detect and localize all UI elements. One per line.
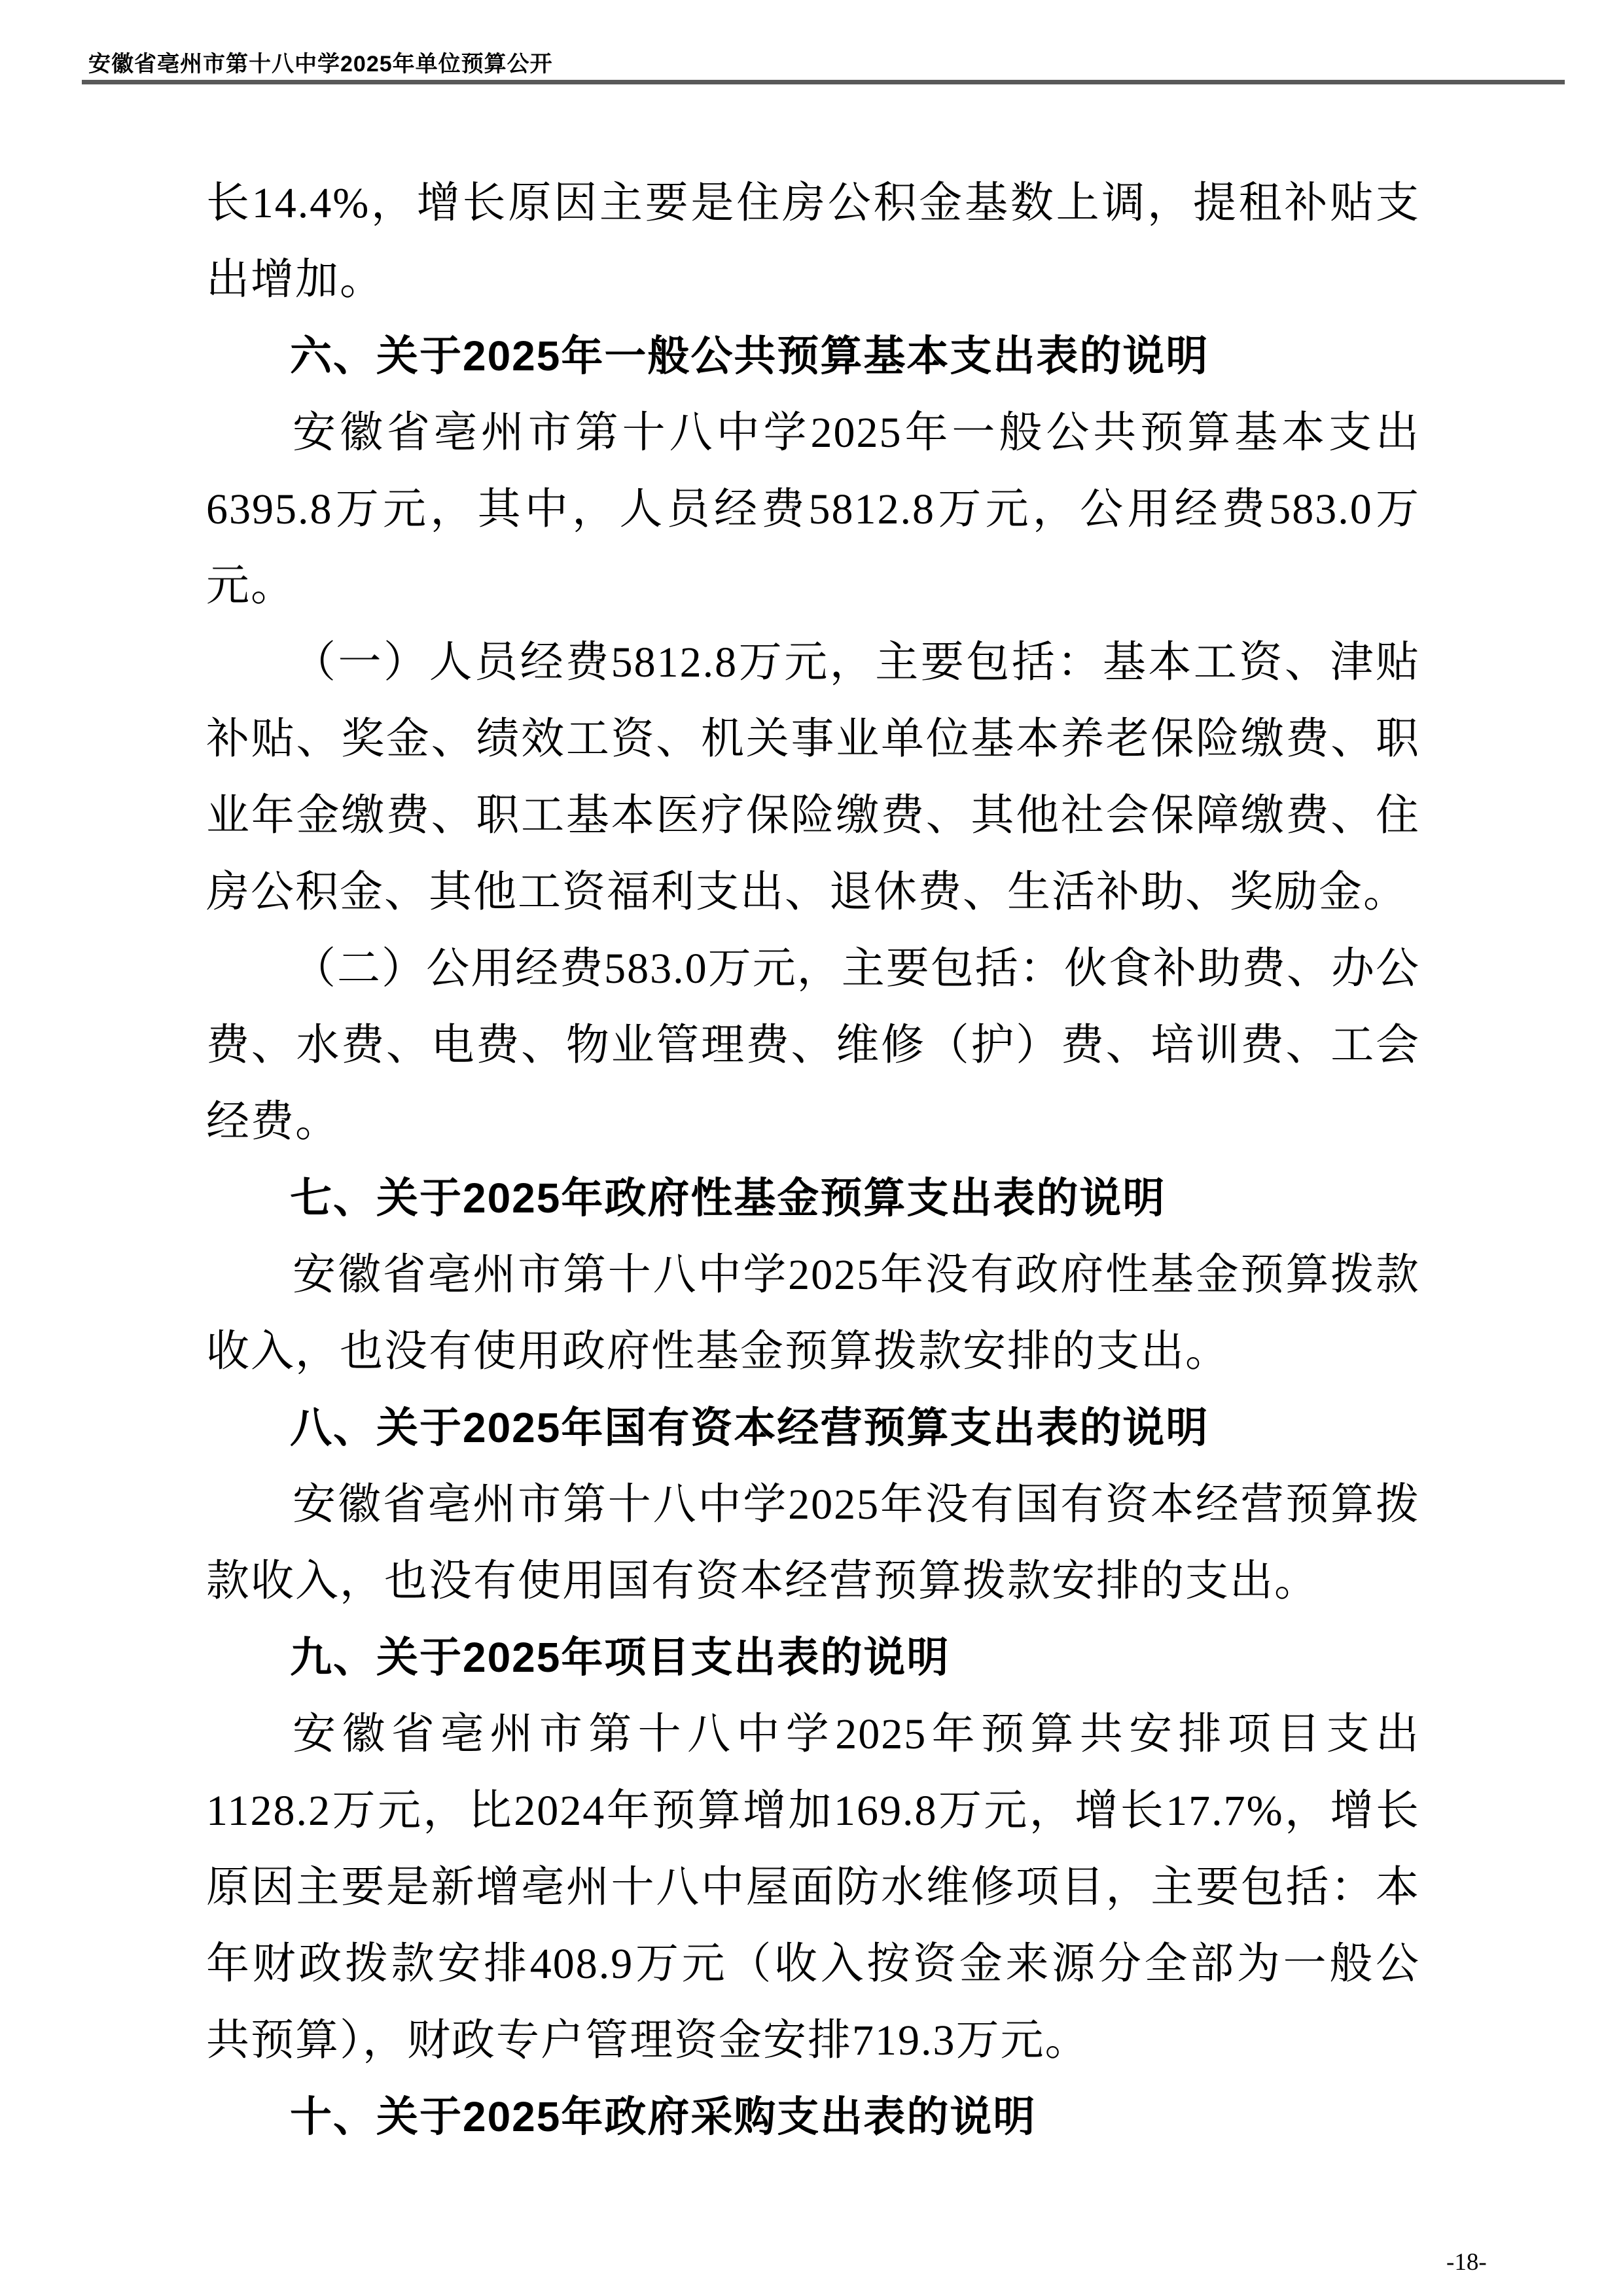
- section-heading: 九、关于2025年项目支出表的说明: [206, 1619, 1420, 1696]
- section-heading: 六、关于2025年一般公共预算基本支出表的说明: [206, 318, 1420, 395]
- body-paragraph: 长14.4%，增长原因主要是住房公积金基数上调，提租补贴支出增加。: [206, 165, 1420, 318]
- body-paragraph: （一）人员经费5812.8万元，主要包括：基本工资、津贴补贴、奖金、绩效工资、机…: [206, 624, 1420, 930]
- header-rule: [82, 80, 1565, 84]
- page-number: -18-: [1446, 2248, 1487, 2276]
- section-heading: 八、关于2025年国有资本经营预算支出表的说明: [206, 1390, 1420, 1466]
- page-header-title: 安徽省亳州市第十八中学2025年单位预算公开: [88, 46, 553, 78]
- body-paragraph: 安徽省亳州市第十八中学2025年一般公共预算基本支出6395.8万元，其中，人员…: [206, 395, 1420, 624]
- section-heading: 七、关于2025年政府性基金预算支出表的说明: [206, 1160, 1420, 1237]
- body-paragraph: （二）公用经费583.0万元，主要包括：伙食补助费、办公费、水费、电费、物业管理…: [206, 930, 1420, 1160]
- body-paragraph: 安徽省亳州市第十八中学2025年没有政府性基金预算拨款收入，也没有使用政府性基金…: [206, 1237, 1420, 1390]
- body-paragraph: 安徽省亳州市第十八中学2025年预算共安排项目支出1128.2万元，比2024年…: [206, 1696, 1420, 2079]
- section-heading: 十、关于2025年政府采购支出表的说明: [206, 2079, 1420, 2155]
- body-paragraph: 安徽省亳州市第十八中学2025年没有国有资本经营预算拨款收入，也没有使用国有资本…: [206, 1466, 1420, 1619]
- document-body: 长14.4%，增长原因主要是住房公积金基数上调，提租补贴支出增加。六、关于202…: [206, 165, 1420, 2155]
- document-page: 安徽省亳州市第十八中学2025年单位预算公开 长14.4%，增长原因主要是住房公…: [0, 0, 1623, 2296]
